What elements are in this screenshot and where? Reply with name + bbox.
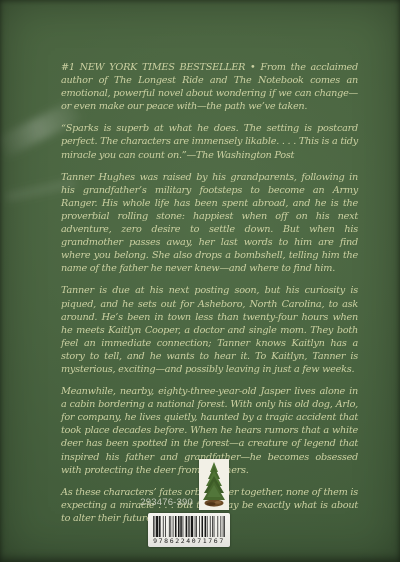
synopsis-paragraph: Tanner Hughes was raised by his grandpar… xyxy=(61,171,358,276)
bestseller-tagline: #1 NEW YORK TIMES BESTSELLER • From the … xyxy=(61,61,358,113)
book-back-cover: #1 NEW YORK TIMES BESTSELLER • From the … xyxy=(0,0,400,562)
publisher-tree-label xyxy=(199,459,229,510)
spruce-tree-icon xyxy=(199,459,229,510)
barcode-bars xyxy=(153,516,225,537)
barcode-digits: 9786224071767 xyxy=(148,537,230,545)
review-quote: “Sparks is superb at what he does. The s… xyxy=(61,122,358,161)
synopsis-paragraph: Tanner is due at his next posting soon, … xyxy=(61,284,358,376)
print-code: 293476-390 xyxy=(100,497,193,508)
isbn-barcode: 9786224071767 xyxy=(148,513,230,547)
